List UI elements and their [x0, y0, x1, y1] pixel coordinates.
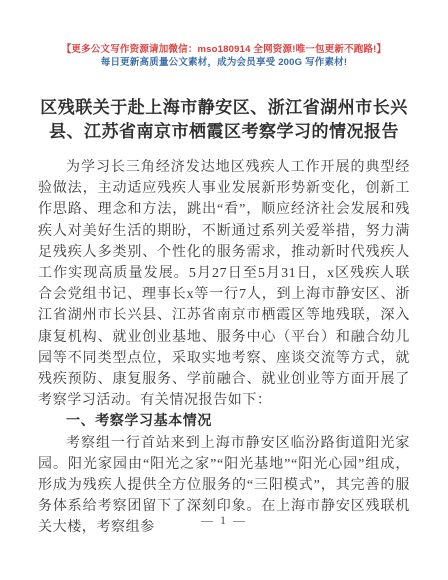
- document-page: 【更多公文写作资源请加微信：mso180914 全网资源!唯一包更新不跑路!】 …: [0, 0, 448, 580]
- paragraph-intro: 为学习长三角经济发达地区残疾人工作开展的典型经验做法，主动适应残疾人事业发展新形…: [38, 157, 410, 411]
- document-title: 区残联关于赴上海市静安区、浙江省湖州市长兴县、江苏省南京市栖霞区考察学习的情况报…: [34, 96, 414, 144]
- page-number: — 1 —: [0, 513, 448, 528]
- promo-banner-line-2: 每日更新高质量公文素材，成为会员享受 200G 写作素材!: [0, 57, 448, 69]
- promo-banner-line-1: 【更多公文写作资源请加微信：mso180914 全网资源!唯一包更新不跑路!】: [0, 44, 448, 56]
- document-body: 为学习长三角经济发达地区残疾人工作开展的典型经验做法，主动适应残疾人事业发展新形…: [38, 157, 410, 539]
- section-heading-1: 一、考察学习基本情况: [38, 411, 410, 432]
- promo-banner: 【更多公文写作资源请加微信：mso180914 全网资源!唯一包更新不跑路!】 …: [0, 0, 448, 69]
